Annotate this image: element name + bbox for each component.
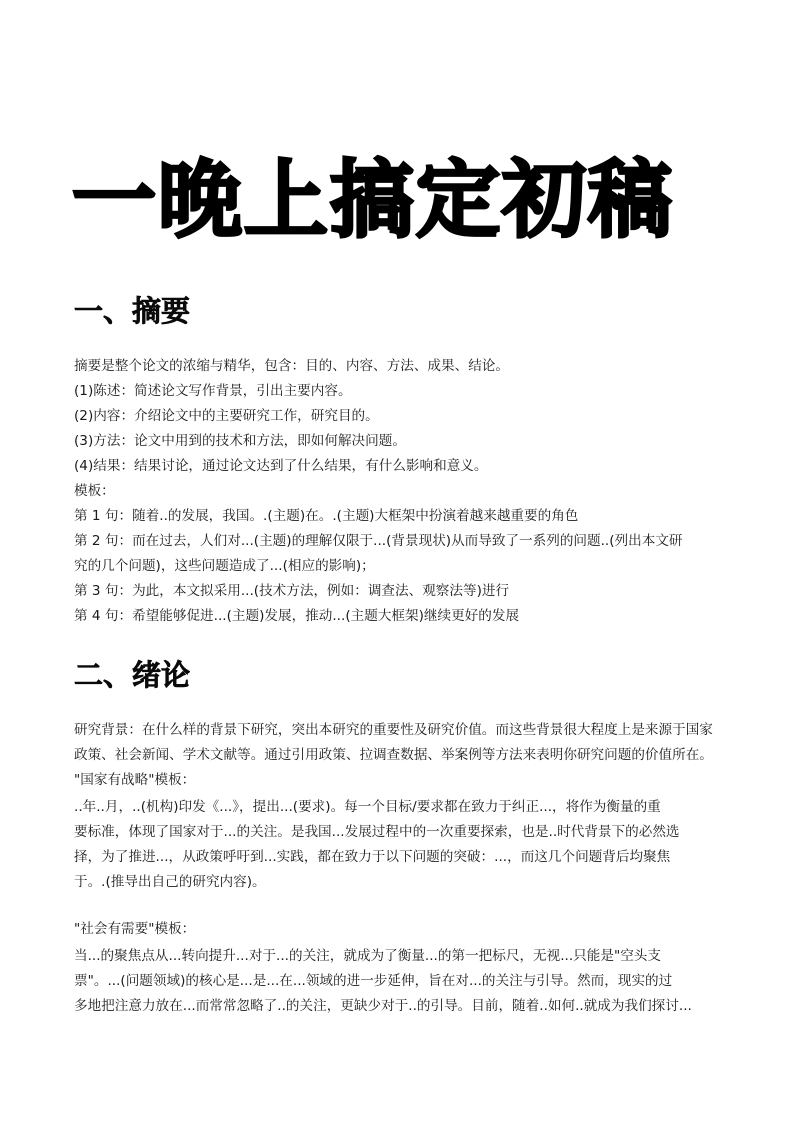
abstract-item-content: (2)内容：介绍论文中的主要研究工作，研究目的。: [74, 406, 379, 426]
abstract-template-sentence-2-cont: 究的几个问题)，这些问题造成了...(相应的影响)；: [74, 556, 375, 576]
intro-society-template-line-2: 票"。...(问题领域)的核心是...是...在...领域的进一步延伸，旨在对.…: [74, 971, 672, 991]
intro-strategy-template-label: "国家有战略"模板：: [74, 770, 195, 790]
abstract-item-statement: (1)陈述：简述论文写作背景，引出主要内容。: [74, 381, 352, 401]
abstract-template-label: 模板：: [74, 481, 115, 501]
intro-background-line-1: 研究背景：在什么样的背景下研究，突出本研究的重要性及研究价值。而这些背景很大程度…: [74, 720, 713, 740]
abstract-item-method: (3)方法：论文中用到的技术和方法，即如何解决问题。: [74, 431, 406, 451]
intro-strategy-template-line-4: 于。.(推导出自己的研究内容)。: [74, 872, 266, 892]
abstract-template-sentence-1: 第 1 句：随着..的发展，我国。.(主题)在。.(主题)大框架中扮演着越来越重…: [74, 506, 578, 526]
intro-strategy-template-line-1: ..年..月，..(机构)印发《...》，提出...(要求)。每一个目标/要求都…: [74, 797, 661, 817]
intro-society-template-label: "社会有需要"模板：: [74, 919, 195, 939]
intro-strategy-template-line-3: 择，为了推进...，从政策呼吁到...实践，都在致力于以下问题的突破：...，而…: [74, 847, 670, 867]
document-page: 一晚上搞定初稿 一、摘要 摘要是整个论文的浓缩与精华，包含：目的、内容、方法、成…: [0, 0, 800, 1132]
section-heading-introduction: 二、绪论: [74, 657, 190, 693]
abstract-intro: 摘要是整个论文的浓缩与精华，包含：目的、内容、方法、成果、结论。: [74, 356, 509, 376]
intro-society-template-line-1: 当...的聚焦点从...转向提升...对于...的关注，就成为了衡量...的第一…: [74, 946, 661, 966]
abstract-item-result: (4)结果：结果讨论，通过论文达到了什么结果，有什么影响和意义。: [74, 456, 487, 476]
document-title: 一晚上搞定初稿: [72, 150, 674, 250]
section-heading-abstract: 一、摘要: [74, 293, 190, 329]
abstract-template-sentence-4: 第 4 句：希望能够促进...(主题)发展，推动...(主题大框架)继续更好的发…: [74, 606, 519, 626]
abstract-template-sentence-3: 第 3 句：为此，本文拟采用...(技术方法，例如：调查法、观察法等)进行: [74, 581, 509, 601]
intro-background-line-2: 政策、社会新闻、学术文献等。通过引用政策、拉调查数据、举案例等方法来表明你研究问…: [74, 745, 713, 765]
abstract-template-sentence-2: 第 2 句：而在过去，人们对...(主题)的理解仅限于...(背景现状)从而导致…: [74, 531, 683, 551]
intro-strategy-template-line-2: 要标准，体现了国家对于...的关注。是我国...发展过程中的一次重要探索，也是.…: [74, 822, 680, 842]
intro-society-template-line-3: 多地把注意力放在...而常常忽略了..的关注，更缺少对于..的引导。目前，随着.…: [74, 996, 692, 1016]
